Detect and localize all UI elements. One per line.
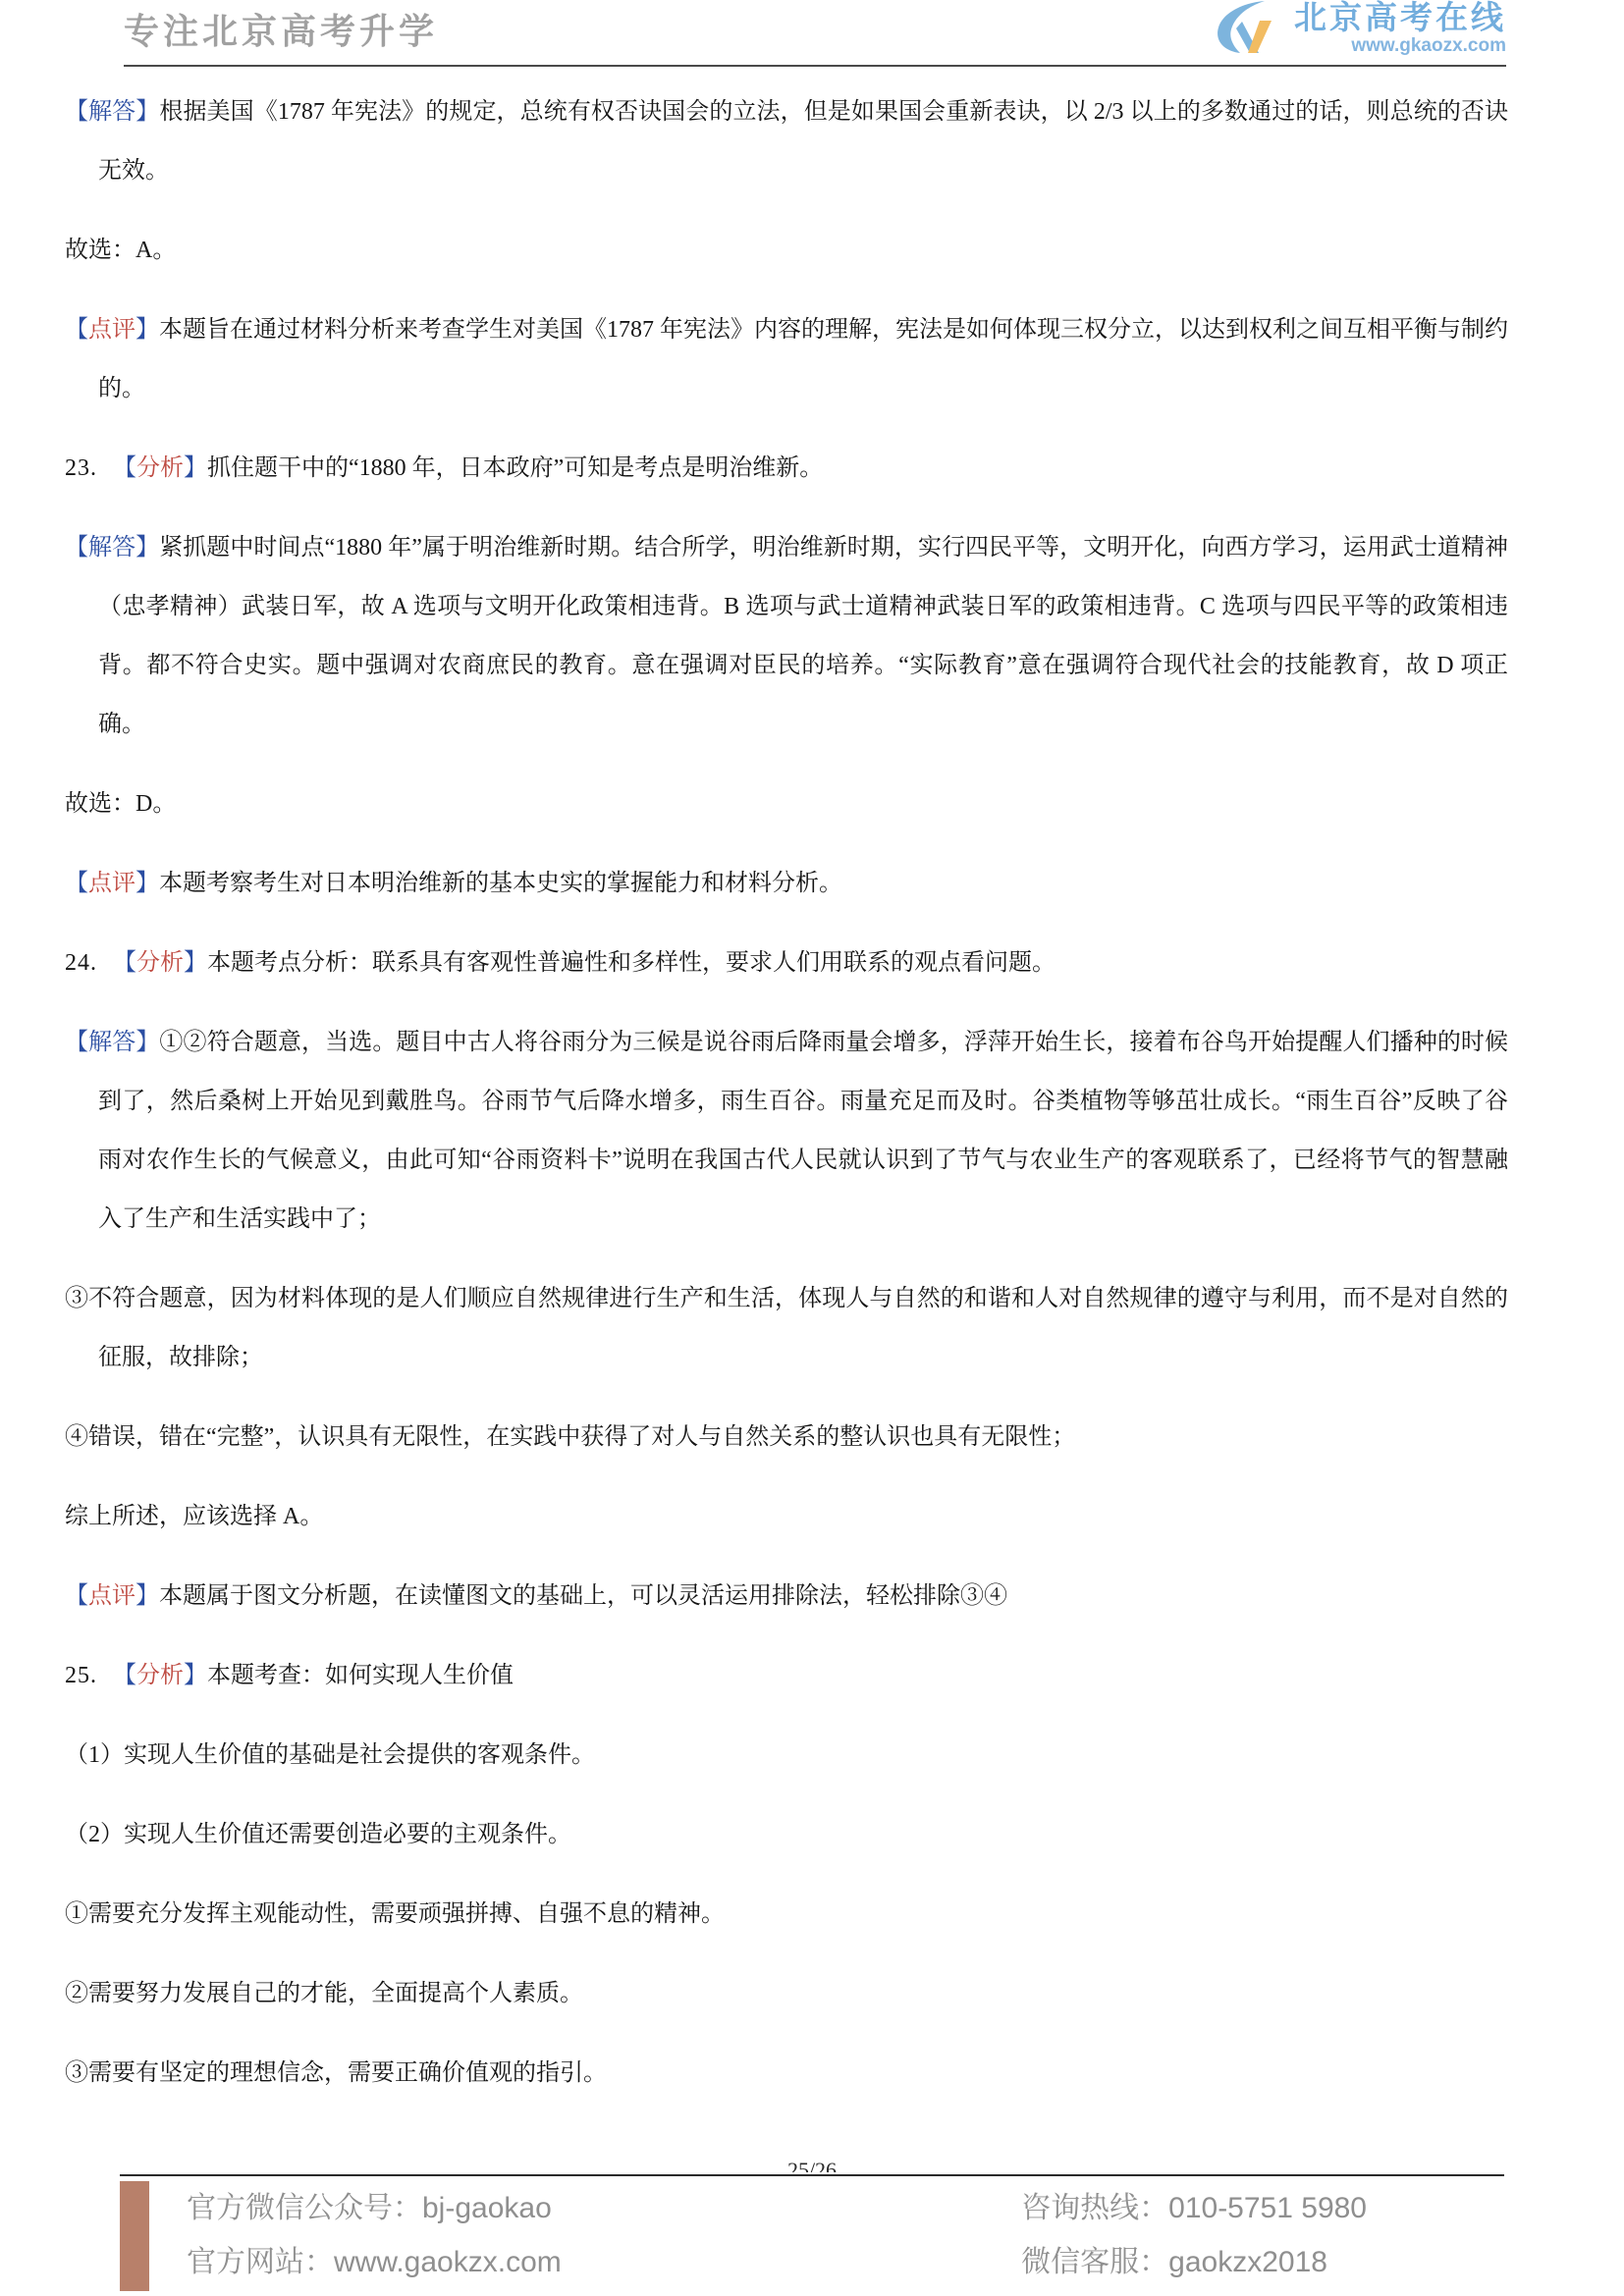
label-fenxi: 分析	[136, 1663, 184, 1688]
label-bracket: 【	[65, 871, 88, 896]
label-jieda: 解答	[88, 99, 135, 125]
paragraph-dianping-22: 【点评】本题旨在通过材料分析来考查学生对美国《1787 年宪法》内容的理解，宪法…	[65, 300, 1508, 418]
label-dianping: 点评	[88, 1583, 135, 1609]
paragraph-text: 综上所述，应该选择 A。	[65, 1504, 323, 1529]
paragraph-text: （1）实现人生价值的基础是社会提供的客观条件。	[65, 1742, 595, 1768]
paragraph-text: 本题考查：如何实现人生价值	[207, 1663, 514, 1688]
label-jieda: 解答	[88, 535, 135, 561]
label-bracket: 【	[65, 99, 88, 125]
footer-brand-block	[120, 2181, 149, 2291]
paragraph-text: ②需要努力发展自己的才能，全面提高个人素质。	[65, 1981, 583, 2006]
label-bracket: 【	[65, 535, 88, 561]
label-bracket: 】	[135, 317, 159, 343]
logo-text: 北京高考在线 www.gkaozx.com	[1294, 0, 1506, 57]
footer-website: 官方网站：www.gaokzx.com	[187, 2235, 562, 2289]
paragraph-text: 故选：D。	[65, 791, 176, 817]
label-dianping: 点评	[88, 317, 135, 343]
label-bracket: 【	[113, 455, 136, 481]
label-bracket: 【	[65, 317, 88, 343]
label-bracket: 【	[65, 1030, 88, 1055]
footer-left-column: 官方微信公众号：bj-gaokao 官方网站：www.gaokzx.com	[187, 2181, 562, 2289]
document-page: 专注北京高考升学 北京高考在线 www.gkaozx.com 【解答】根据美国《…	[0, 0, 1624, 2296]
label-bracket: 】	[135, 99, 159, 125]
paragraph-text: 根据美国《1787 年宪法》的规定，总统有权否诀国会的立法，但是如果国会重新表诀…	[98, 99, 1508, 184]
label-bracket: 】	[135, 871, 159, 896]
question-number: 25.	[65, 1663, 97, 1688]
footer-content: 官方微信公众号：bj-gaokao 官方网站：www.gaokzx.com 咨询…	[120, 2176, 1504, 2291]
paragraph-jieda-23: 【解答】紧抓题中时间点“1880 年”属于明治维新时期。结合所学，明治维新时期，…	[65, 518, 1508, 754]
label-bracket: 】	[184, 950, 207, 976]
paragraph-answer-d: 故选：D。	[65, 774, 1508, 833]
footer-wechat-service: 微信客服：gaokzx2018	[1021, 2235, 1367, 2289]
paragraph-text: （2）实现人生价值还需要创造必要的主观条件。	[65, 1822, 571, 1847]
paragraph-text: ④错误，错在“完整”，认识具有无限性，在实践中获得了对人与自然关系的整认识也具有…	[65, 1424, 1075, 1450]
logo-brand-name: 北京高考在线	[1294, 0, 1506, 35]
paragraph-subitem-2: ②需要努力发展自己的才能，全面提高个人素质。	[65, 1964, 1508, 2023]
paragraph-subitem-1: ①需要充分发挥主观能动性，需要顽强拼搏、自强不息的精神。	[65, 1885, 1508, 1944]
paragraph-answer-a: 故选：A。	[65, 221, 1508, 280]
paragraph-text: 故选：A。	[65, 238, 176, 263]
paragraph-text: 本题考点分析：联系具有客观性普遍性和多样性，要求人们用联系的观点看问题。	[207, 950, 1056, 976]
page-footer: 官方微信公众号：bj-gaokao 官方网站：www.gaokzx.com 咨询…	[120, 2174, 1504, 2296]
paragraph-text: 本题考察考生对日本明治维新的基本史实的掌握能力和材料分析。	[159, 871, 842, 896]
paragraph-dianping-24: 【点评】本题属于图文分析题，在读懂图文的基础上，可以灵活运用排除法，轻松排除③④	[65, 1567, 1508, 1626]
paragraph-item-1: （1）实现人生价值的基础是社会提供的客观条件。	[65, 1726, 1508, 1785]
paragraph-jieda-22: 【解答】根据美国《1787 年宪法》的规定，总统有权否诀国会的立法，但是如果国会…	[65, 82, 1508, 200]
header-slogan: 专注北京高考升学	[124, 4, 438, 54]
paragraph-text: 本题属于图文分析题，在读懂图文的基础上，可以灵活运用排除法，轻松排除③④	[159, 1583, 1007, 1609]
gk-logo-icon	[1212, 0, 1286, 55]
paragraph-conclusion: 综上所述，应该选择 A。	[65, 1487, 1508, 1546]
paragraph-text: ③不符合题意，因为材料体现的是人们顺应自然规律进行生产和生活，体现人与自然的和谐…	[65, 1286, 1508, 1370]
page-header: 专注北京高考升学 北京高考在线 www.gkaozx.com	[124, 0, 1506, 67]
label-bracket: 】	[184, 455, 207, 481]
paragraph-jieda-24: 【解答】①②符合题意，当选。题目中古人将谷雨分为三候是说谷雨后降雨量会增多，浮萍…	[65, 1013, 1508, 1249]
label-jieda: 解答	[88, 1030, 135, 1055]
logo-site-url: www.gkaozx.com	[1351, 35, 1506, 57]
paragraph-text: 本题旨在通过材料分析来考查学生对美国《1787 年宪法》内容的理解，宪法是如何体…	[98, 317, 1508, 401]
paragraph-text: ①②符合题意，当选。题目中古人将谷雨分为三候是说谷雨后降雨量会增多，浮萍开始生长…	[98, 1030, 1508, 1232]
label-bracket: 】	[135, 535, 159, 561]
paragraph-text: ③需要有坚定的理想信念，需要正确价值观的指引。	[65, 2060, 607, 2086]
paragraph-point-4: ④错误，错在“完整”，认识具有无限性，在实践中获得了对人与自然关系的整认识也具有…	[65, 1408, 1508, 1467]
footer-right-column: 咨询热线：010-5751 5980 微信客服：gaokzx2018	[1021, 2181, 1367, 2289]
label-bracket: 【	[113, 1663, 136, 1688]
page-number: 25/26	[0, 2160, 1624, 2172]
label-bracket: 】	[184, 1663, 207, 1688]
label-bracket: 】	[135, 1030, 159, 1055]
paragraph-dianping-23: 【点评】本题考察考生对日本明治维新的基本史实的掌握能力和材料分析。	[65, 854, 1508, 913]
paragraph-fenxi-25: 25.【分析】本题考查：如何实现人生价值	[65, 1646, 1508, 1705]
label-dianping: 点评	[88, 871, 135, 896]
paragraph-subitem-3: ③需要有坚定的理想信念，需要正确价值观的指引。	[65, 2044, 1508, 2103]
paragraph-text: 紧抓题中时间点“1880 年”属于明治维新时期。结合所学，明治维新时期，实行四民…	[98, 535, 1508, 737]
answer-content: 【解答】根据美国《1787 年宪法》的规定，总统有权否诀国会的立法，但是如果国会…	[65, 82, 1508, 2103]
paragraph-point-3: ③不符合题意，因为材料体现的是人们顺应自然规律进行生产和生活，体现人与自然的和谐…	[65, 1269, 1508, 1387]
site-logo: 北京高考在线 www.gkaozx.com	[1212, 0, 1506, 57]
label-bracket: 【	[65, 1583, 88, 1609]
footer-hotline: 咨询热线：010-5751 5980	[1021, 2181, 1367, 2235]
label-fenxi: 分析	[136, 950, 184, 976]
label-fenxi: 分析	[136, 455, 184, 481]
question-number: 24.	[65, 950, 97, 976]
paragraph-text: 抓住题干中的“1880 年，日本政府”可知是考点是明治维新。	[207, 455, 823, 481]
footer-wechat-account: 官方微信公众号：bj-gaokao	[187, 2181, 562, 2235]
paragraph-item-2: （2）实现人生价值还需要创造必要的主观条件。	[65, 1805, 1508, 1864]
paragraph-fenxi-23: 23.【分析】抓住题干中的“1880 年，日本政府”可知是考点是明治维新。	[65, 439, 1508, 498]
label-bracket: 】	[135, 1583, 159, 1609]
label-bracket: 【	[113, 950, 136, 976]
paragraph-fenxi-24: 24.【分析】本题考点分析：联系具有客观性普遍性和多样性，要求人们用联系的观点看…	[65, 934, 1508, 992]
paragraph-text: ①需要充分发挥主观能动性，需要顽强拼搏、自强不息的精神。	[65, 1901, 725, 1927]
question-number: 23.	[65, 455, 97, 481]
